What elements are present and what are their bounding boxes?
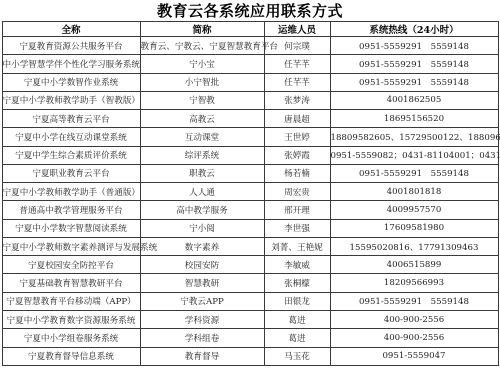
cell-hotline: 0951-5559291 5559148: [330, 37, 498, 55]
cell-short-name: 互动课堂: [140, 128, 264, 146]
cell-operator: 李敏威: [264, 256, 330, 274]
table-row: 宁夏教育资源公共服务平台教育云、宁教云、宁夏智慧教育平台何宗璞0951-5559…: [2, 37, 498, 55]
cell-hotline: 18209566993: [330, 274, 498, 292]
cell-full-name: 宁夏中小学数字智慧阅读系统: [2, 219, 140, 237]
cell-hotline: 0951-5559291 5559148: [330, 292, 498, 310]
table-row: 宁夏中学生综合素质评价系统综评系统张婷霞0951-5559082；0431-81…: [2, 146, 498, 164]
contact-table: 全称 简称 运维人员 系统热线（24小时） 宁夏教育资源公共服务平台教育云、宁教…: [2, 21, 499, 366]
cell-short-name: 教育云、宁教云、宁夏智慧教育平台: [140, 37, 264, 55]
cell-short-name: 宁小阅: [140, 219, 264, 237]
cell-full-name: 宁夏基础教育智慧教研平台: [2, 274, 140, 292]
cell-operator: 杨若楠: [264, 164, 330, 182]
cell-short-name: 宁智教: [140, 91, 264, 109]
table-body: 宁夏教育资源公共服务平台教育云、宁教云、宁夏智慧教育平台何宗璞0951-5559…: [2, 37, 498, 366]
cell-full-name: 宁夏中小学教育数字资源服务系统: [2, 310, 140, 328]
cell-hotline: 4001801818: [330, 183, 498, 201]
cell-full-name: 普通高中教学管理服务平台: [2, 201, 140, 219]
cell-hotline: 4009957570: [330, 201, 498, 219]
cell-operator: 张桐檬: [264, 274, 330, 292]
cell-operator: 邢开理: [264, 201, 330, 219]
cell-hotline: 0951-5559082；0431-81104001；0431-81104002: [330, 146, 498, 164]
cell-short-name: 学科组卷: [140, 329, 264, 347]
table-row: 宁夏中小学数字智慧阅读系统宁小阅李世强17609581980: [2, 219, 498, 237]
cell-short-name: 职教云: [140, 164, 264, 182]
cell-hotline: 0951-5559291 5559148: [330, 73, 498, 91]
table-row: 宁夏中小学教师教学助手（普通版）人人通周宏贵4001801818: [2, 183, 498, 201]
table-row: 普通高中教学管理服务平台高中教学服务邢开理4009957570: [2, 201, 498, 219]
header-operator: 运维人员: [264, 22, 330, 37]
cell-full-name: 宁夏校园安全防控平台: [2, 256, 140, 274]
cell-operator: 张梦涛: [264, 91, 330, 109]
header-short-name: 简称: [140, 22, 264, 37]
header-full-name: 全称: [2, 22, 140, 37]
cell-full-name: 宁夏职业教育云平台: [2, 164, 140, 182]
cell-operator: 葛进: [264, 329, 330, 347]
cell-operator: 刘菁、王艳妮: [264, 237, 330, 255]
cell-operator: 任芊芊: [264, 55, 330, 73]
cell-hotline: 400-900-2556: [330, 310, 498, 328]
cell-full-name: 宁夏教育督导信息系统: [2, 347, 140, 365]
cell-short-name: 宁教云APP: [140, 292, 264, 310]
cell-operator: 唐晨超: [264, 110, 330, 128]
cell-operator: 田银龙: [264, 292, 330, 310]
cell-short-name: 学科资源: [140, 310, 264, 328]
cell-short-name: 数字素养: [140, 237, 264, 255]
cell-full-name: 宁夏中小学教师教学助手（普通版）: [2, 183, 140, 201]
cell-full-name: 宁夏中小学数智作业系统: [2, 73, 140, 91]
table-row: 宁夏中小学数智作业系统小宁智批任芊芊0951-5559291 5559148: [2, 73, 498, 91]
table-row: 宁夏高等教育云平台高教云唐晨超18695156520: [2, 110, 498, 128]
table-row: 宁夏智慧教育平台移动端（APP）宁教云APP田银龙0951-5559291 55…: [2, 292, 498, 310]
cell-operator: 葛进: [264, 310, 330, 328]
cell-short-name: 小宁智批: [140, 73, 264, 91]
cell-short-name: 智慧教研: [140, 274, 264, 292]
cell-operator: 任芊芊: [264, 73, 330, 91]
table-row: 宁夏中小学组卷服务系统学科组卷葛进400-900-2556: [2, 329, 498, 347]
cell-hotline: 4001862505: [330, 91, 498, 109]
cell-full-name: 宁夏中学生综合素质评价系统: [2, 146, 140, 164]
cell-hotline: 0951-5559047: [330, 347, 498, 365]
cell-hotline: 0951-5559291 5559148: [330, 55, 498, 73]
table-row: 宁夏中小学教师教学助手（智教版）宁智教张梦涛4001862505: [2, 91, 498, 109]
header-row: 全称 简称 运维人员 系统热线（24小时）: [2, 22, 498, 37]
table-row: 宁夏中小学在线互动课堂系统互动课堂王世婷18809582605、15729500…: [2, 128, 498, 146]
header-hotline: 系统热线（24小时）: [330, 22, 498, 37]
cell-operator: 周宏贵: [264, 183, 330, 201]
cell-short-name: 人人通: [140, 183, 264, 201]
cell-full-name: 宁夏中小学教师数字素养测评与发展系统: [2, 237, 140, 255]
table-row: 宁夏基础教育智慧教研平台智慧教研张桐檬18209566993: [2, 274, 498, 292]
cell-full-name: 宁夏教育资源公共服务平台: [2, 37, 140, 55]
cell-short-name: 综评系统: [140, 146, 264, 164]
cell-operator: 张婷霞: [264, 146, 330, 164]
cell-short-name: 校园安防: [140, 256, 264, 274]
cell-short-name: 高中教学服务: [140, 201, 264, 219]
cell-short-name: 教育督导: [140, 347, 264, 365]
cell-short-name: 宁小宝: [140, 55, 264, 73]
cell-hotline: 18695156520: [330, 110, 498, 128]
table-row: 宁夏教育督导信息系统教育督导马玉花0951-5559047: [2, 347, 498, 365]
cell-hotline: 18809582605、15729500122、18809682802: [330, 128, 498, 146]
cell-full-name: 宁夏中小学教师教学助手（智教版）: [2, 91, 140, 109]
cell-full-name: 宁夏中小学在线互动课堂系统: [2, 128, 140, 146]
table-row: 中小学智慧学伴个性化学习服务系统宁小宝任芊芊0951-5559291 55591…: [2, 55, 498, 73]
cell-hotline: 4006515899: [330, 256, 498, 274]
cell-hotline: 400-900-2556: [330, 329, 498, 347]
cell-hotline: 15595020816、17791309463: [330, 237, 498, 255]
cell-full-name: 中小学智慧学伴个性化学习服务系统: [2, 55, 140, 73]
table-row: 宁夏职业教育云平台职教云杨若楠0951-5559291 5559148: [2, 164, 498, 182]
table-header: 全称 简称 运维人员 系统热线（24小时）: [2, 22, 498, 37]
cell-operator: 马玉花: [264, 347, 330, 365]
table-row: 宁夏校园安全防控平台校园安防李敏威4006515899: [2, 256, 498, 274]
page-title: 教育云各系统应用联系方式: [0, 0, 500, 21]
cell-operator: 王世婷: [264, 128, 330, 146]
cell-full-name: 宁夏智慧教育平台移动端（APP）: [2, 292, 140, 310]
cell-full-name: 宁夏中小学组卷服务系统: [2, 329, 140, 347]
cell-hotline: 17609581980: [330, 219, 498, 237]
table-row: 宁夏中小学教育数字资源服务系统学科资源葛进400-900-2556: [2, 310, 498, 328]
table-row: 宁夏中小学教师数字素养测评与发展系统数字素养刘菁、王艳妮15595020816、…: [2, 237, 498, 255]
cell-full-name: 宁夏高等教育云平台: [2, 110, 140, 128]
cell-hotline: 0951-5559291 5559148: [330, 164, 498, 182]
cell-operator: 李世强: [264, 219, 330, 237]
cell-short-name: 高教云: [140, 110, 264, 128]
